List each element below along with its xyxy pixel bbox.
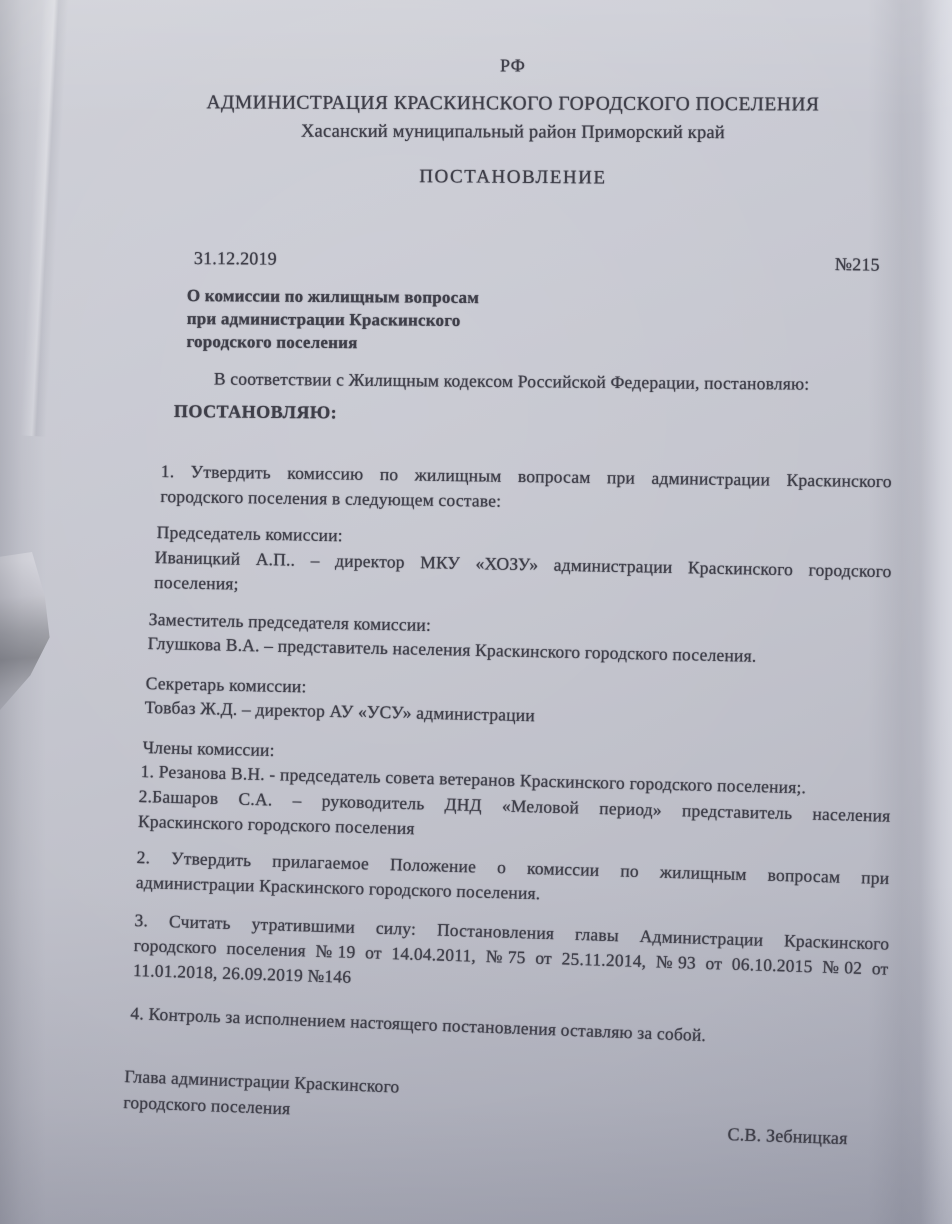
item-4: 4. Контроль за исполнением настоящего по…: [130, 1001, 890, 1055]
item-1: 1. Утвердить комиссию по жилищным вопрос…: [160, 459, 892, 519]
resolve-heading: ПОСТАНОВЛЯЮ:: [174, 399, 338, 425]
deputy-entry: Глушкова В.А. – представитель населения …: [147, 631, 892, 672]
item-3: 3. Считать утратившими силу: Постановлен…: [133, 908, 890, 1007]
document-date: 31.12.2019: [194, 246, 277, 272]
chairman-entry: Иваницкий А.П.. – директор МКУ «ХОЗУ» ад…: [154, 545, 892, 609]
document-subject: О комиссии по жилищным вопросам при адми…: [187, 284, 547, 356]
paper-crease: [20, 0, 70, 437]
item-2: 2. Утвердить прилагаемое Положение о ком…: [136, 845, 890, 916]
document-photo: РФ АДМИНИСТРАЦИЯ КРАСКИНСКОГО ГОРОДСКОГО…: [0, 0, 952, 1224]
signer-title: Глава администрации Краскинского городск…: [123, 1063, 485, 1129]
country-abbreviation: РФ: [118, 52, 908, 80]
secretary-entry: Товбаз Ж.Д. – директор АУ «УСУ» админист…: [144, 695, 892, 736]
document-type-heading: ПОСТАНОВЛЕНИЕ: [118, 162, 908, 193]
paper-edge-shadow: [0, 552, 80, 710]
organization-name: АДМИНИСТРАЦИЯ КРАСКИНСКОГО ГОРОДСКОГО ПО…: [118, 90, 908, 118]
chairman-label: Председатель комиссии:: [157, 520, 343, 548]
organization-region: Хасанский муниципальный район Приморский…: [118, 119, 908, 147]
document-number: №215: [835, 252, 880, 278]
signer-name: С.В. Зебницкая: [727, 1122, 848, 1151]
preamble: В соответствии с Жилищным кодексом Росси…: [162, 366, 902, 397]
